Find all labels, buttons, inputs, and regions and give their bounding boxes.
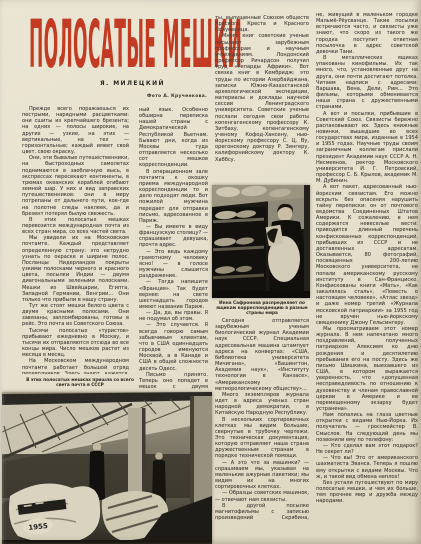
photo-mail-sorting — [212, 185, 310, 298]
photo-mail-sorting-caption: Инна Сафронова распределяет по ящикам ко… — [215, 301, 309, 317]
article-byline: Я. МИЛЕЦКИЙ — [100, 80, 165, 87]
photo-credit: Фото А. Крученкова. — [147, 94, 207, 99]
text-column-2: ный язык. Особенно обширна переписка наш… — [139, 107, 208, 390]
text-column-3-top: ты, выпущенные Союзом обществ Красного К… — [215, 15, 309, 185]
text-column-1: Прежде всего поражаешься их пестрыми, на… — [22, 106, 129, 374]
magazine-page: ПОЛОСАТЫЕ МЕШКИ Я. МИЛЕЦКИЙ Фото А. Круч… — [0, 0, 421, 544]
photo-bags-caption: В этих полосатых мешках пришла со всего … — [24, 378, 136, 392]
photo-mail-bags-image: 1955 — [2, 392, 212, 544]
photo-mail-sorting-image — [212, 185, 310, 298]
text-column-4: не, живущей в маленьком городке Мальмё-Р… — [316, 12, 418, 521]
striped-mail-bags: 1955 — [2, 484, 168, 544]
article-title: ПОЛОСАТЫЕ МЕШКИ — [29, 12, 242, 78]
photo-mail-bags-hall: 1955 — [2, 392, 212, 544]
text-column-3-bottom: Сегодня отправляется зарубежным ученым б… — [215, 318, 309, 521]
